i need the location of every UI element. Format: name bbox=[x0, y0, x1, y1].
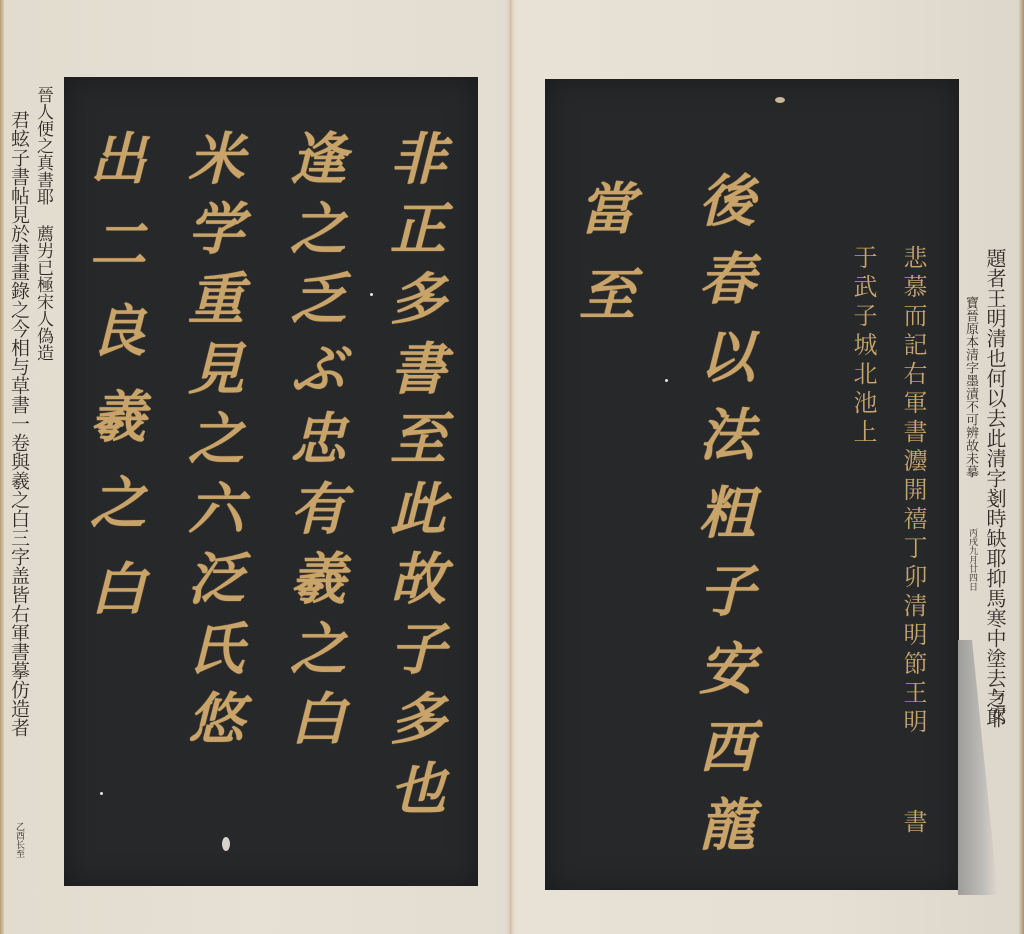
calligraphy-column: 米学重見之六泛氏悠 bbox=[184, 129, 240, 759]
calligraphy-column: 逢之乏ぶ忠有羲之白 bbox=[286, 129, 342, 759]
rubbing-panel-right: 後春以法粗子安西龍 當至 悲慕而記右軍書灋開禧丁卯清明節王明 書 于武子城北池上 bbox=[545, 79, 959, 890]
page-edge bbox=[0, 0, 4, 934]
speck bbox=[775, 97, 785, 103]
margin-note-column: 晉人便之真書耶 薦屴已極宋人偽造 bbox=[34, 86, 51, 361]
inscription-column: 于武子城北池上 bbox=[851, 245, 875, 448]
margin-note-date: 乙酉长至 bbox=[14, 822, 23, 858]
inscription-signature: 書 bbox=[901, 809, 925, 838]
margin-note-column: 君蚿子書帖見於書畫錄之今相与草書一卷與羲之白三字盖皆右軍書摹仿造者 bbox=[9, 110, 28, 737]
margin-note-date: 丙戌九月廿四日 bbox=[967, 528, 976, 591]
inscription-column: 悲慕而記右軍書灋開禧丁卯清明節王明 bbox=[901, 245, 925, 738]
book-spine bbox=[506, 0, 516, 934]
page-edge bbox=[1019, 0, 1024, 934]
speck bbox=[100, 792, 103, 795]
margin-note-column: 与安 bbox=[986, 688, 1003, 722]
calligraphy-column: 後春以法粗子安西龍 bbox=[695, 171, 751, 873]
margin-note-column: 題者王明清也何以去此清字剗時缺耶抑馬寒中塗去之耶 bbox=[985, 248, 1005, 728]
margin-note-column: 寶晉原本清字墨漬不可辨故未摹 bbox=[964, 296, 977, 478]
rubbing-panel-left: 非正多書至此故子多也 逢之乏ぶ忠有羲之白 米学重見之六泛氏悠 出二良羲之白 bbox=[64, 77, 478, 886]
left-page: 晉人便之真書耶 薦屴已極宋人偽造 君蚿子書帖見於書畫錄之今相与草書一卷與羲之白三… bbox=[0, 0, 511, 934]
speck bbox=[222, 837, 230, 851]
speck bbox=[665, 379, 668, 382]
calligraphy-column: 非正多書至此故子多也 bbox=[386, 129, 442, 829]
calligraphy-column: 出二良羲之白 bbox=[86, 129, 142, 645]
speck bbox=[370, 293, 373, 296]
calligraphy-column: 當至 bbox=[575, 179, 631, 351]
